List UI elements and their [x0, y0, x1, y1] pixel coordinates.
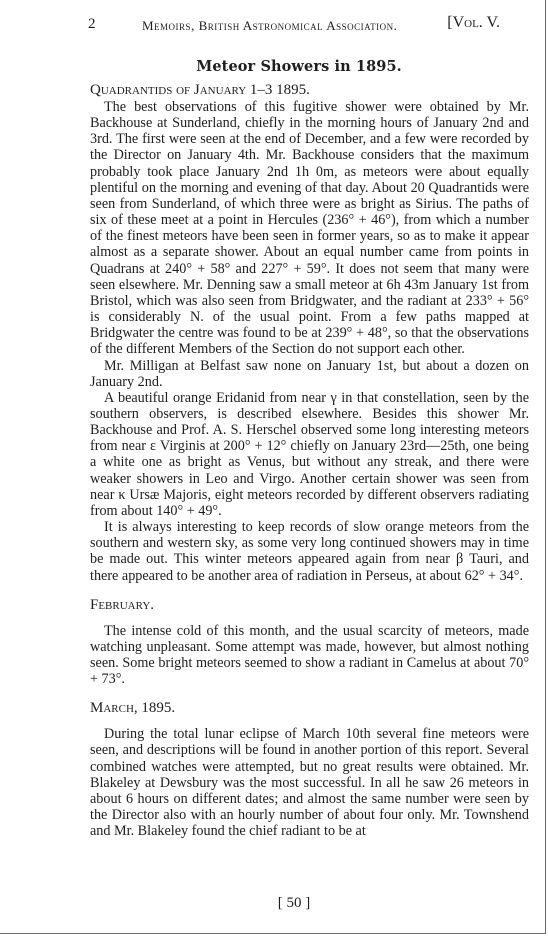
section-spacer — [90, 614, 529, 623]
volume-label: [Vol. V. — [447, 14, 500, 32]
section-heading-march: March, 1895. — [90, 700, 529, 717]
article-title: Meteor Showers in 1895. — [0, 58, 548, 75]
paragraph: It is always interesting to keep records… — [90, 519, 529, 584]
section-spacer — [90, 717, 529, 726]
journal-title: Memoirs, British Astronomical Associatio… — [142, 18, 397, 34]
paragraph: During the total lunar eclipse of March … — [90, 726, 529, 839]
section-spacer — [90, 584, 529, 597]
paragraph: A beautiful orange Eridanid from near γ … — [90, 390, 529, 519]
page-number: 2 — [88, 16, 96, 33]
paragraph: Mr. Milligan at Belfast saw none on Janu… — [90, 358, 529, 390]
paragraph: The best observations of this fugitive s… — [90, 99, 529, 358]
running-head: 2 Memoirs, British Astronomical Associat… — [86, 14, 496, 34]
page-footer-marker: [ 50 ] — [0, 895, 548, 912]
document-page: 2 Memoirs, British Astronomical Associat… — [0, 0, 546, 934]
section-heading-quadrantids: Quadrantids of January 1–3 1895. — [90, 82, 529, 99]
paragraph: The intense cold of this month, and the … — [90, 623, 529, 688]
section-heading-february: February. — [90, 597, 529, 614]
section-spacer — [90, 687, 529, 700]
article-body: Quadrantids of January 1–3 1895. The bes… — [90, 82, 529, 839]
